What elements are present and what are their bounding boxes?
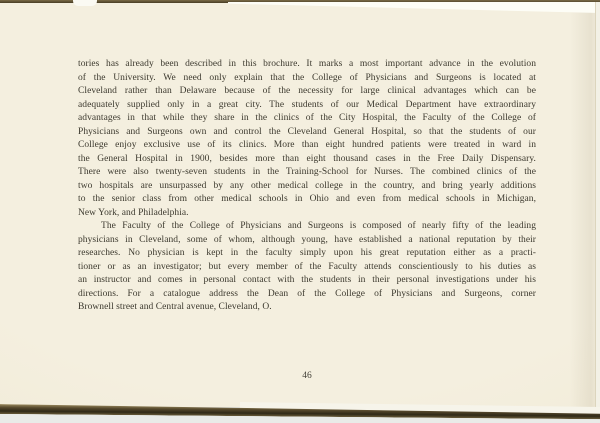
text-line: of the University. We need only explain … — [78, 72, 536, 86]
page-number: 46 — [78, 371, 536, 381]
text-line: Cleveland rather than Delaware because o… — [78, 85, 536, 99]
text-line: adequately supplied only in a great city… — [78, 99, 536, 113]
text-line: researches. No physician is kept in the … — [78, 247, 536, 261]
text-line: directions. For a catalogue address the … — [78, 288, 536, 302]
torn-page-notch — [73, 0, 97, 6]
text-line: advantages in that while they share in t… — [78, 112, 536, 126]
scan-background: tories has already been described in thi… — [0, 0, 600, 423]
text-line: There were also twenty-seven students in… — [78, 166, 536, 180]
text-line: tioner or as an investigator; but every … — [78, 261, 536, 275]
text-line: Brownell street and Central avenue, Clev… — [78, 301, 536, 315]
text-block: tories has already been described in thi… — [78, 58, 536, 315]
text-line: an instructor and comes in personal cont… — [78, 274, 536, 288]
text-line: The Faculty of the College of Physicians… — [78, 220, 536, 234]
text-line: New York, and Philadelphia. — [78, 207, 536, 221]
text-line: Physicians and Surgeons own and control … — [78, 126, 536, 140]
right-page-edge — [596, 2, 600, 413]
text-line: physicians in Cleveland, some of whom, a… — [78, 234, 536, 248]
text-line: the General Hospital in 1900, besides mo… — [78, 153, 536, 167]
paragraph-1: tories has already been described in thi… — [78, 58, 536, 220]
text-line: tories has already been described in thi… — [78, 58, 536, 72]
text-line: two hospitals are unsurpassed by any oth… — [78, 180, 536, 194]
text-line: to the senior class from other medical s… — [78, 193, 536, 207]
paragraph-2: The Faculty of the College of Physicians… — [78, 220, 536, 315]
text-line: College enjoy exclusive use of its clini… — [78, 139, 536, 153]
